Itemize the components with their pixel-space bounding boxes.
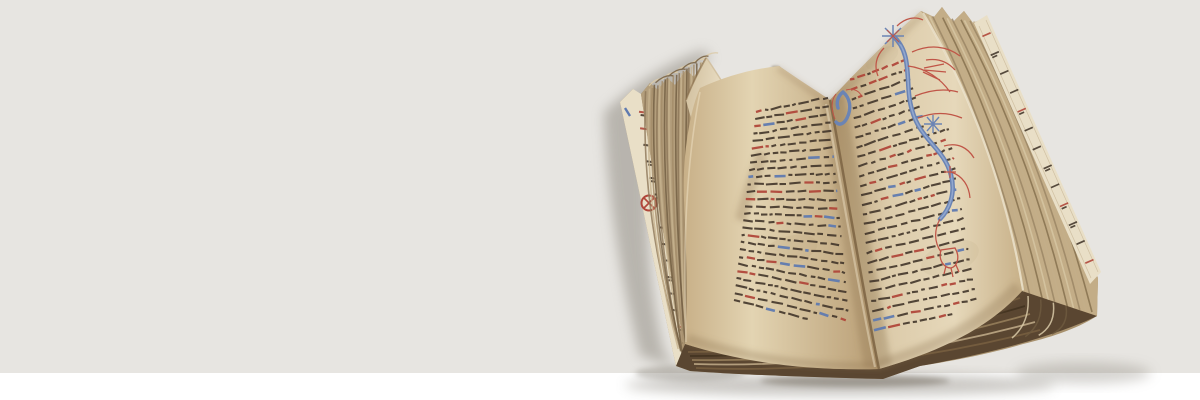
shadow-bottom-right (1015, 362, 1151, 384)
hero-banner (0, 0, 1200, 400)
manuscript-scene (0, 0, 1200, 400)
flourish-star-mid (924, 115, 942, 133)
